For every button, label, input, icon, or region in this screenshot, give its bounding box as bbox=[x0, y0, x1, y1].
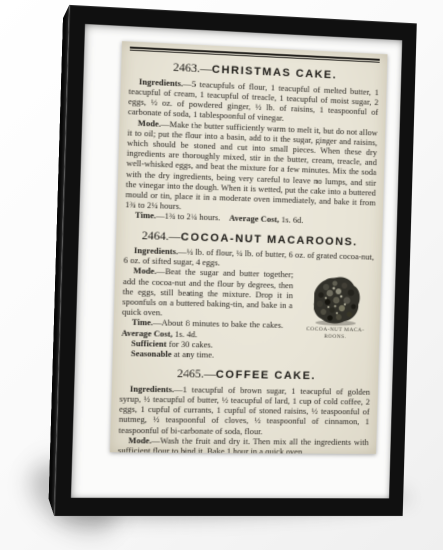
recipe-section-coffee-cake: 2465.—COFFEE CAKE. Ingredients.—1 teacup… bbox=[117, 363, 371, 454]
cookbook-page: 2463.—CHRISTMAS CAKE. Ingredients.—5 tea… bbox=[110, 41, 388, 454]
average-cost-text: 1s. 6d. bbox=[279, 215, 304, 226]
scene: 2463.—CHRISTMAS CAKE. Ingredients.—5 tea… bbox=[0, 0, 443, 550]
recipe-title: CHRISTMAS CAKE. bbox=[212, 64, 338, 82]
ingredients-label: Ingredients. bbox=[130, 383, 174, 394]
macaroons-illustration-block: COCOA-NUT MACA- ROONS. bbox=[298, 273, 373, 342]
average-cost-text: 1s. 4d. bbox=[172, 328, 197, 339]
cocoa-nut-macaroons-illustration bbox=[308, 273, 365, 328]
time-label: Time. bbox=[132, 317, 153, 328]
sufficient-label: Sufficient bbox=[131, 338, 167, 349]
sufficient-text: for 30 cakes. bbox=[167, 339, 213, 350]
page-top-rule bbox=[130, 47, 380, 63]
average-cost-label: Average Cost, bbox=[229, 213, 279, 225]
mode-label: Mode. bbox=[128, 435, 152, 445]
framed-print-photo: 2463.—CHRISTMAS CAKE. Ingredients.—5 tea… bbox=[0, 0, 443, 550]
seasonable-text: at any time. bbox=[172, 349, 215, 360]
recipe-mode-paragraph: Mode.—Make the butter sufficiently warm … bbox=[125, 117, 378, 218]
recipe-heading: 2464.—COCOA-NUT MACAROONS. bbox=[124, 225, 375, 249]
illustration-caption-line2: ROONS. bbox=[298, 333, 371, 341]
recipe-ingredients-paragraph: Ingredients.—5 teacupfuls of flour, 1 te… bbox=[128, 76, 379, 128]
ingredients-label: Ingredients. bbox=[134, 245, 178, 256]
recipe-title: COCOA-NUT MACAROONS. bbox=[181, 231, 358, 248]
mode-label: Mode. bbox=[138, 117, 161, 128]
illustration-caption: COCOA-NUT MACA- ROONS. bbox=[298, 327, 372, 342]
recipe-mode-paragraph: Mode.—Wash the fruit and dry it. Then mi… bbox=[118, 435, 369, 454]
recipe-section-christmas-cake: 2463.—CHRISTMAS CAKE. Ingredients.—5 tea… bbox=[125, 56, 380, 228]
mode-label: Mode. bbox=[133, 266, 157, 277]
mode-text: —Beat the sugar and butter together; add… bbox=[122, 266, 294, 317]
time-label: Time. bbox=[135, 210, 156, 221]
frame-front-face: 2463.—CHRISTMAS CAKE. Ingredients.—5 tea… bbox=[54, 5, 417, 516]
time-text: —1¾ to 2¼ hours. bbox=[156, 211, 220, 223]
ingredients-text: —¼ lb. of flour, ¼ lb. of butter, 6 oz. … bbox=[123, 246, 374, 267]
mode-text: —Make the butter sufficiently warm to me… bbox=[125, 118, 378, 211]
ingredients-text: —5 teacupfuls of flour, 1 teacupful of m… bbox=[128, 78, 379, 123]
average-cost-label: Average Cost, bbox=[121, 327, 172, 338]
ingredients-label: Ingredients. bbox=[139, 76, 183, 88]
mode-text: —Wash the fruit and dry it. Then mix all… bbox=[118, 435, 369, 454]
ingredients-text: —1 teacupful of brown sugar, 1 teacupful… bbox=[118, 384, 370, 436]
recipe-heading: 2465.—COFFEE CAKE. bbox=[120, 363, 371, 384]
recipe-title: COFFEE CAKE. bbox=[216, 369, 317, 382]
seasonable-label: Seasonable bbox=[131, 348, 172, 359]
mat-board: 2463.—CHRISTMAS CAKE. Ingredients.—5 tea… bbox=[71, 24, 402, 498]
time-text: —About 8 minutes to bake the cakes. bbox=[153, 318, 284, 331]
recipe-ingredients-paragraph: Ingredients.—1 teacupful of brown sugar,… bbox=[118, 383, 370, 437]
recipe-number: 2464.— bbox=[142, 228, 181, 243]
recipe-section-cocoa-nut-macaroons: 2464.—COCOA-NUT MACAROONS. Ingredients.—… bbox=[121, 225, 375, 362]
recipe-number: 2465.— bbox=[177, 366, 216, 381]
recipe-number: 2463.— bbox=[173, 60, 212, 76]
picture-frame: 2463.—CHRISTMAS CAKE. Ingredients.—5 tea… bbox=[54, 5, 417, 516]
